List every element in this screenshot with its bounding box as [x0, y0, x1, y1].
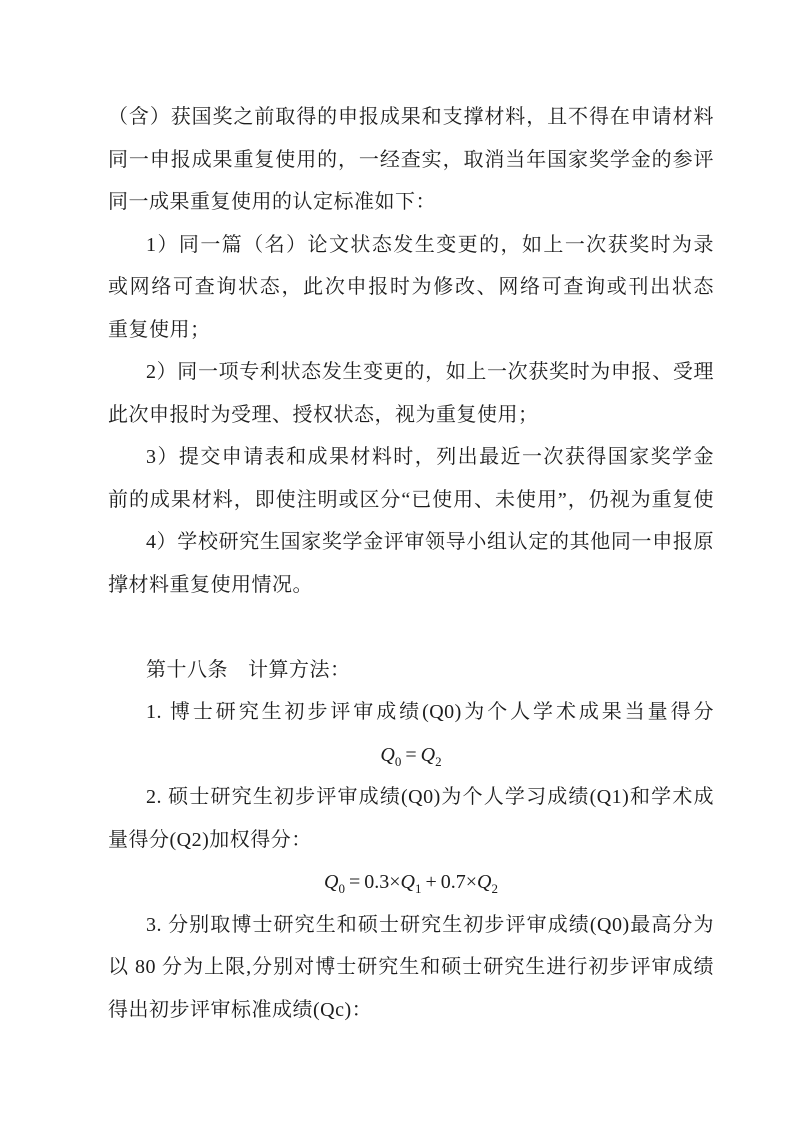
multiply-sign: ×: [466, 871, 477, 893]
formula2-q1: Q: [401, 871, 415, 893]
formula2-q2: Q: [477, 871, 491, 893]
item2-line-1: 2）同一项专利状态发生变更的，如上一次获奖时为申报、受理状态，: [108, 351, 714, 394]
item3-line-2: 前的成果材料，即使注明或区分“已使用、未使用”，仍视为重复使用；: [108, 479, 714, 522]
coefficient-2: 0.7: [441, 871, 466, 893]
multiply-sign: ×: [389, 871, 400, 893]
calc-item3-line-3: 得出初步评审标准成绩(Qc)：: [108, 989, 714, 1032]
item1-line-2: 或网络可查询状态，此次申报时为修改、网络可查询或刊出状态等，视为: [108, 266, 714, 309]
page-body: （含）获国奖之前取得的申报成果和支撑材料，且不得在申请材料中列出。 同一申报成果…: [108, 96, 714, 1031]
article-18-number: 第十八条: [146, 659, 228, 681]
equals-sign: =: [401, 744, 420, 766]
item2-line-2: 此次申报时为受理、授权状态，视为重复使用；: [108, 394, 714, 437]
formula2-q2-sub: 2: [491, 881, 498, 896]
intro-line-2: 同一申报成果重复使用的，一经查实，取消当年国家奖学金的参评资格。: [108, 139, 714, 182]
blank-line: [108, 606, 714, 649]
formula2-lhs-sub: 0: [338, 881, 345, 896]
intro-line-3: 同一成果重复使用的认定标准如下：: [108, 181, 714, 224]
item4-line-1: 4）学校研究生国家奖学金评审领导小组认定的其他同一申报原因和支: [108, 521, 714, 564]
item3-line-1: 3）提交申请表和成果材料时，列出最近一次获得国家奖学金（含）以: [108, 436, 714, 479]
formula2-lhs: Q: [324, 871, 338, 893]
calc-item2-line-2: 量得分(Q2)加权得分：: [108, 819, 714, 862]
calc-item1-line-1: 1. 博士研究生初步评审成绩(Q0)为个人学术成果当量得分(Q2)：: [108, 691, 714, 734]
formula1-lhs: Q: [380, 744, 394, 766]
formula-masters-q0: Q0=0.3×Q1+0.7×Q2: [108, 861, 714, 904]
article-18-title: 计算方法：: [248, 659, 351, 681]
coefficient-1: 0.3: [364, 871, 389, 893]
formula1-rhs-sub: 2: [435, 754, 442, 769]
equals-sign: =: [345, 871, 364, 893]
formula1-rhs: Q: [421, 744, 435, 766]
calc-item2-line-1: 2. 硕士研究生初步评审成绩(Q0)为个人学习成绩(Q1)和学术成果当: [108, 776, 714, 819]
item1-line-3: 重复使用；: [108, 309, 714, 352]
item1-line-1: 1）同一篇（名）论文状态发生变更的，如上一次获奖时为录用、修改: [108, 224, 714, 267]
calc-item3-line-2: 以 80 分为上限,分别对博士研究生和硕士研究生进行初步评审成绩标准化，: [108, 946, 714, 989]
formula-doctoral-q0: Q0=Q2: [108, 734, 714, 777]
plus-sign: +: [421, 871, 440, 893]
article-18-heading: 第十八条计算方法：: [108, 649, 714, 692]
calc-item3-line-1: 3. 分别取博士研究生和硕士研究生初步评审成绩(Q0)最高分为基准，: [108, 904, 714, 947]
item4-line-2: 撑材料重复使用情况。: [108, 564, 714, 607]
intro-line-1: （含）获国奖之前取得的申报成果和支撑材料，且不得在申请材料中列出。: [108, 96, 714, 139]
document-page: （含）获国奖之前取得的申报成果和支撑材料，且不得在申请材料中列出。 同一申报成果…: [0, 0, 800, 1132]
